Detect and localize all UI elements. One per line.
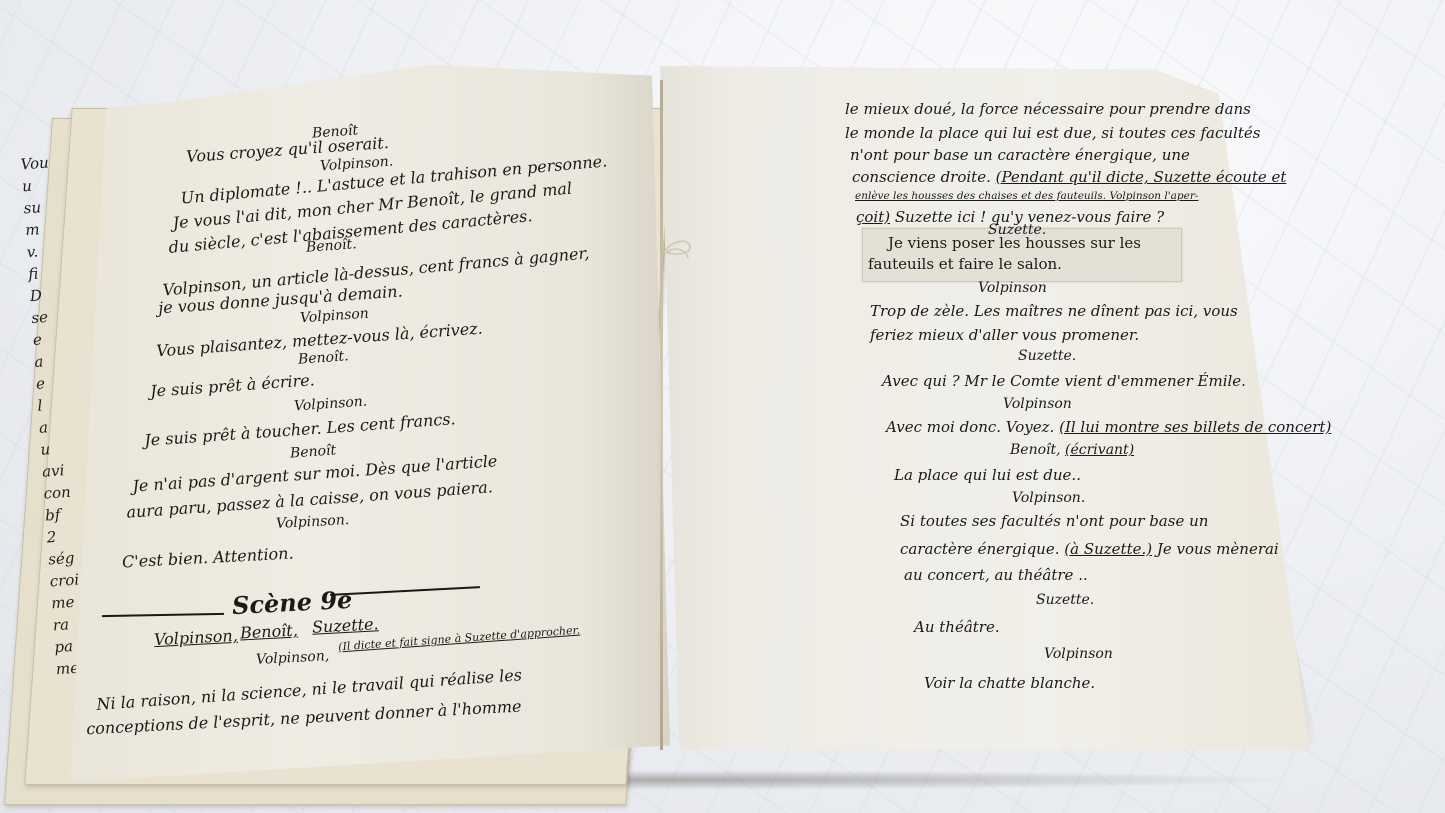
stage-direction: (à Suzette.) xyxy=(1064,540,1152,558)
dialogue-line: Trop de zèle. Les maîtres ne dînent pas … xyxy=(870,302,1238,320)
speaker-label: Volpinson. xyxy=(1012,490,1085,506)
dialogue-line: le monde la place qui lui est due, si to… xyxy=(845,124,1260,142)
dialogue-line: Avec qui ? Mr le Comte vient d'emmener É… xyxy=(882,372,1246,390)
speaker-label: Volpinson xyxy=(1003,396,1072,412)
dialogue-line: Voir la chatte blanche. xyxy=(924,674,1095,692)
dialogue-line: Si toutes ses facultés n'ont pour base u… xyxy=(900,512,1208,530)
stage-direction: (Pendant qu'il dicte, Suzette écoute et xyxy=(996,168,1287,186)
dialogue-line: Avec moi donc. Voyez. (Il lui montre ses… xyxy=(886,418,1331,436)
stage-direction: (écrivant) xyxy=(1065,442,1134,458)
pasted-line: fauteuils et faire le salon. xyxy=(868,255,1062,273)
dialogue-line: au concert, au théâtre .. xyxy=(904,566,1088,584)
dialogue-line: n'ont pour base un caractère énergique, … xyxy=(850,146,1190,164)
dialogue-line: La place qui lui est due.. xyxy=(894,466,1081,484)
speaker-label: Volpinson xyxy=(1044,646,1113,662)
stage-direction: enlève les housses des chaises et des fa… xyxy=(855,190,1198,202)
dialogue-line: le mieux doué, la force nécessaire pour … xyxy=(845,100,1251,118)
stage-direction: (Il lui montre ses billets de concert) xyxy=(1059,418,1331,436)
pasted-line: Je viens poser les housses sur les xyxy=(888,234,1141,252)
right-page-text: le mieux doué, la force nécessaire pour … xyxy=(0,0,1445,813)
speaker-label: Benoît, (écrivant) xyxy=(1010,442,1134,458)
dialogue-line: caractère énergique. (à Suzette.) Je vou… xyxy=(900,540,1279,558)
speaker-label: Suzette. xyxy=(1018,348,1076,364)
dialogue-line: Au théâtre. xyxy=(914,618,1000,636)
speaker-label: Suzette. xyxy=(1036,592,1094,608)
dialogue-line: feriez mieux d'aller vous promener. xyxy=(870,326,1139,344)
dialogue-line: conscience droite. (Pendant qu'il dicte,… xyxy=(852,168,1286,186)
speaker-label: Volpinson xyxy=(978,280,1047,296)
